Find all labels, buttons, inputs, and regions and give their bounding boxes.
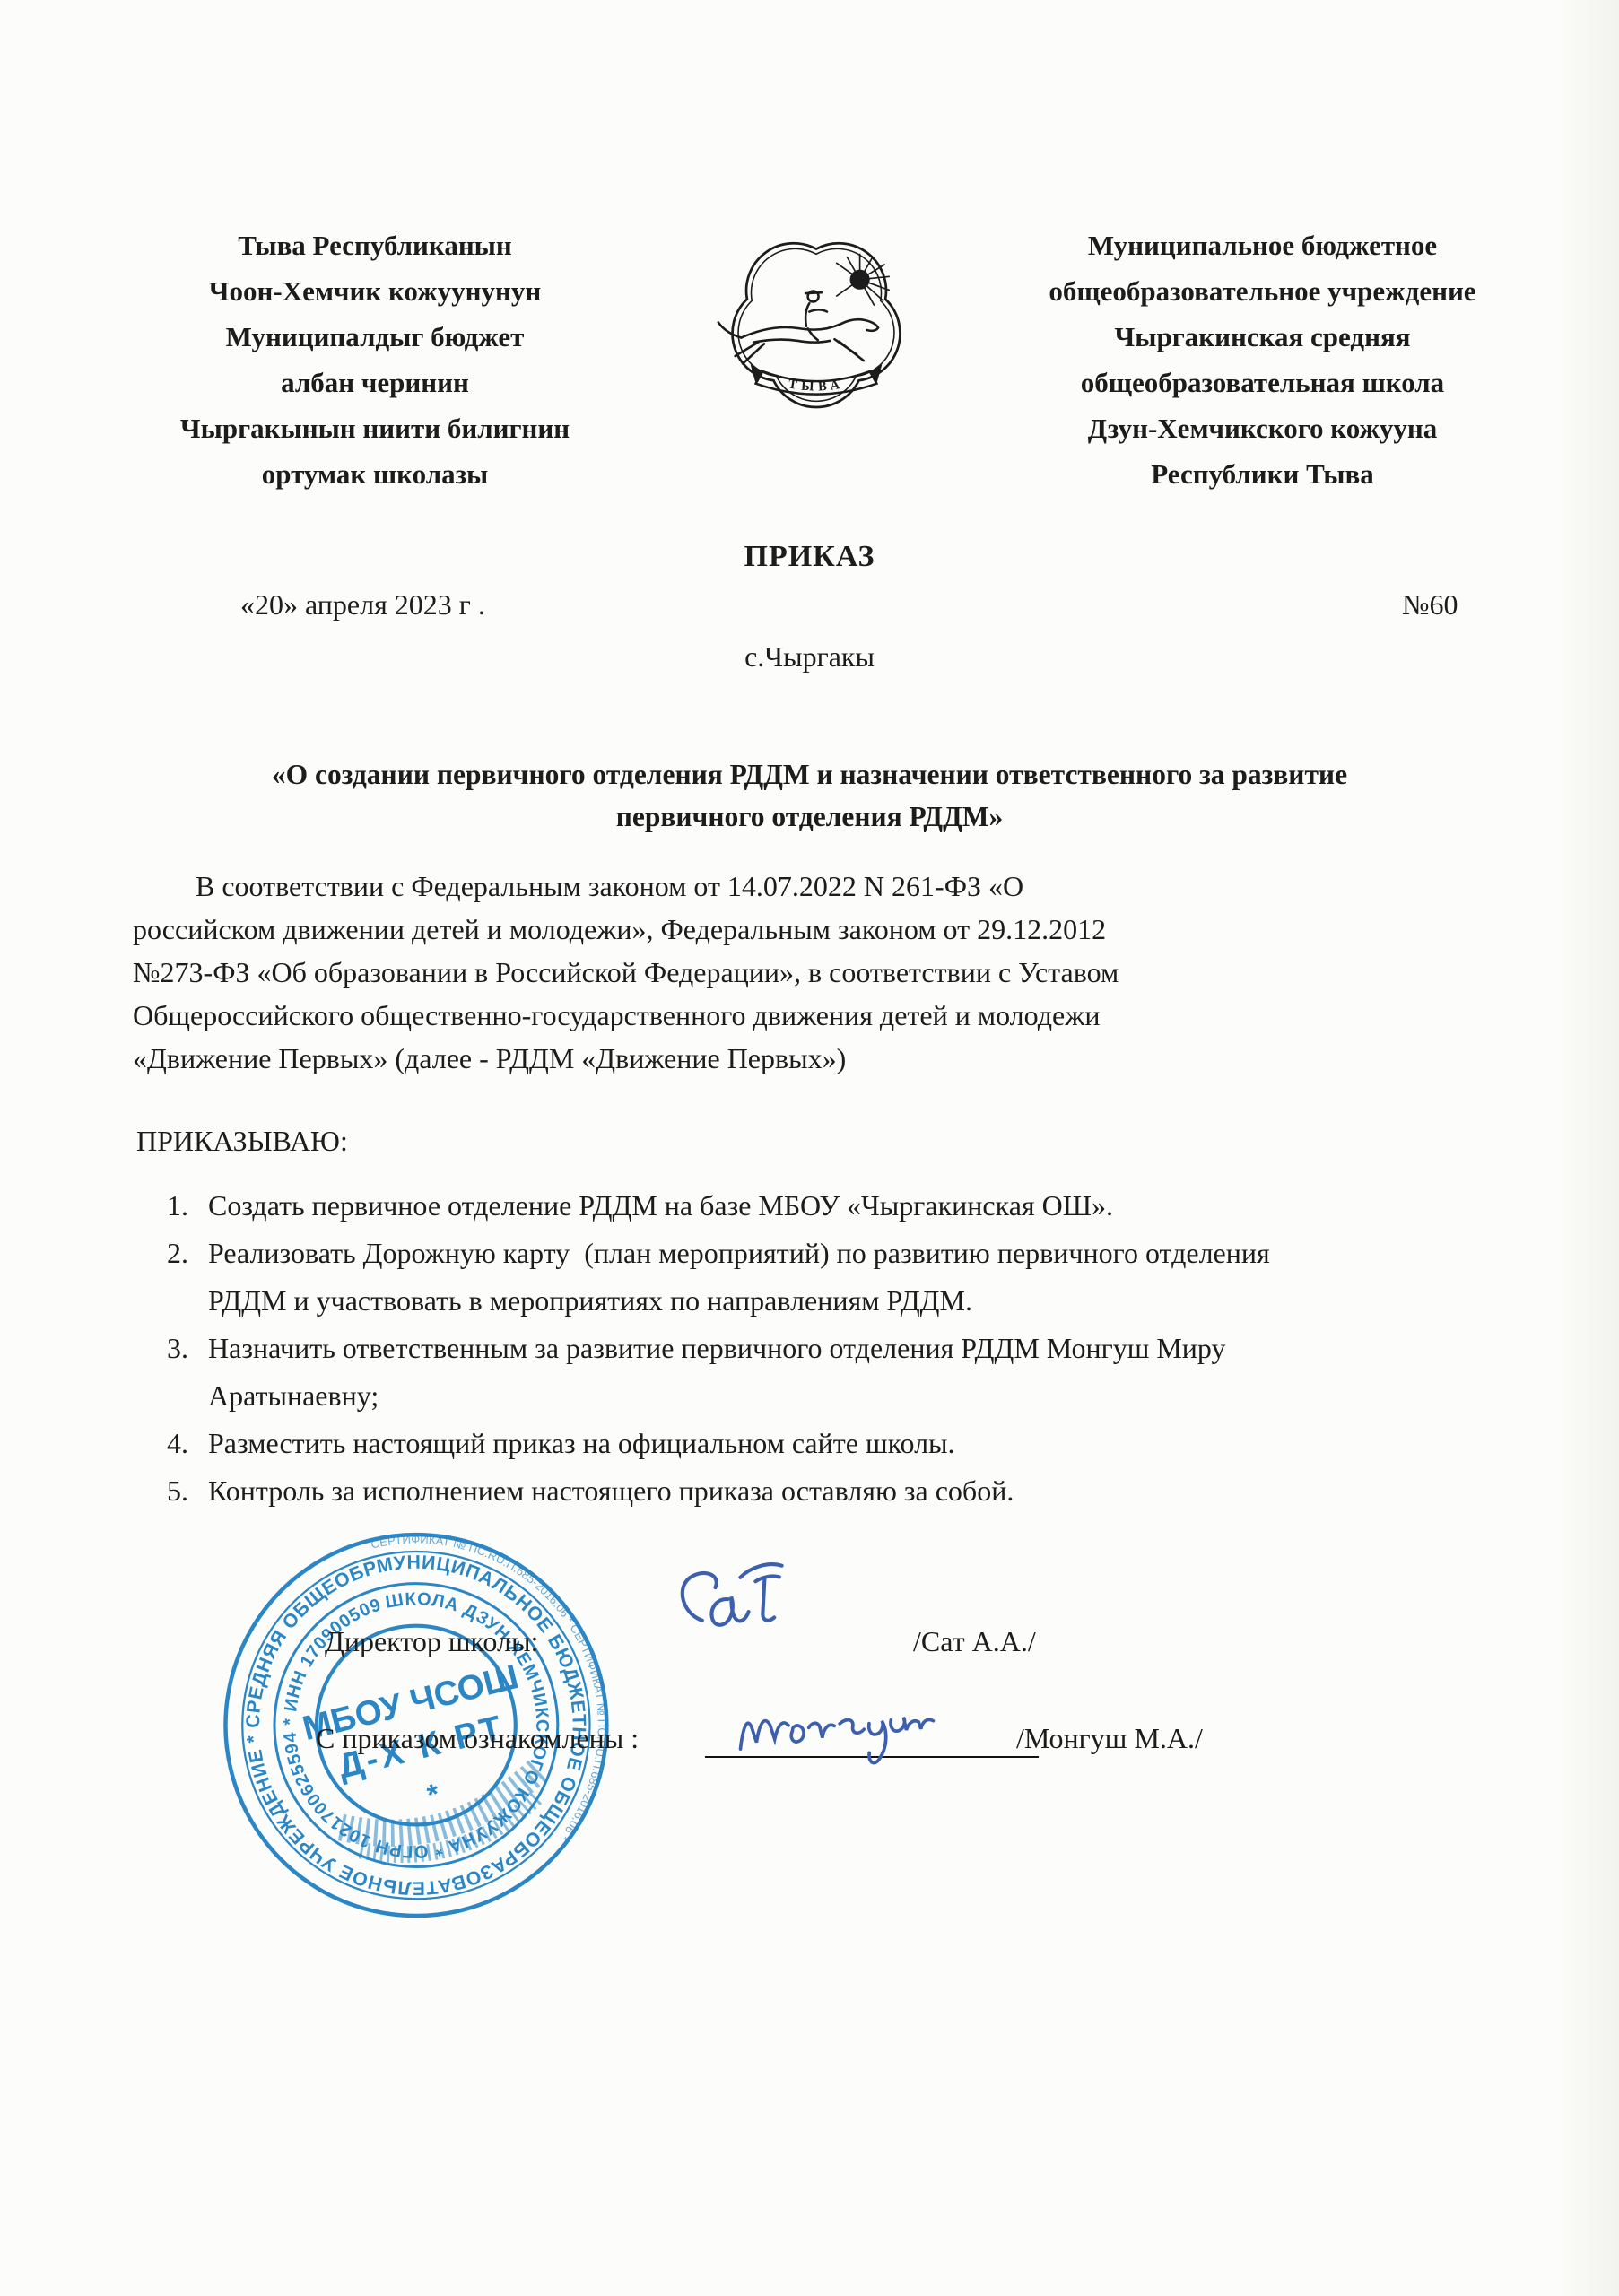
order-subject: «О создании первичного отделения РДДМ и … [0, 753, 1619, 838]
order-item: Разместить настоящий приказ на официальн… [196, 1420, 1469, 1467]
header-right-block: Муниципальное бюджетное общеобразователь… [964, 222, 1561, 497]
order-subject-line: «О создании первичного отделения РДДМ и … [0, 753, 1619, 796]
preamble-line: В соответствии с Федеральным законом от … [133, 865, 1568, 908]
order-item: Реализовать Дорожную карту (план меропри… [196, 1230, 1469, 1325]
preamble-line: российском движении детей и молодежи», Ф… [133, 908, 1568, 951]
header-right-line: Чыргакинская средняя [964, 314, 1561, 360]
director-name: /Сат А.А./ [913, 1625, 1036, 1658]
order-item: Контроль за исполнением настоящего прика… [196, 1467, 1469, 1515]
order-preamble: В соответствии с Федеральным законом от … [133, 865, 1568, 1080]
preamble-line: Общероссийского общественно-государствен… [133, 994, 1568, 1037]
header-right-line: Республики Тыва [964, 451, 1561, 497]
order-directive: ПРИКАЗЫВАЮ: [136, 1125, 348, 1158]
header-right-line: общеобразовательное учреждение [964, 268, 1561, 314]
svg-text:ТЫВА: ТЫВА [788, 377, 846, 394]
order-date: «20» апреля 2023 г . [240, 588, 485, 622]
order-number: №60 [1402, 588, 1458, 622]
header-left-line: албан черинин [160, 360, 590, 405]
scanned-order-document: Тыва Республиканын Чоон-Хемчик кожуунуну… [0, 0, 1619, 2296]
header-left-line: Тыва Республиканын [160, 222, 590, 268]
header-left-line: Чоон-Хемчик кожуунунун [160, 268, 590, 314]
header-left-line: Чыргакынын ниити билигнин [160, 405, 590, 451]
order-item: Создать первичное отделение РДДМ на базе… [196, 1182, 1469, 1230]
header-left-line: ортумак школазы [160, 451, 590, 497]
tyva-coat-of-arms: ТЫВА [701, 226, 931, 434]
order-place: с.Чыргакы [0, 640, 1619, 674]
stamp-center-star: * [424, 1777, 443, 1811]
preamble-line: «Движение Первых» (далее - РДДМ «Движени… [133, 1037, 1568, 1080]
header-right-line: общеобразовательная школа [964, 360, 1561, 405]
ack-label: С приказом ознакомлены : [316, 1722, 639, 1755]
order-item: Назначить ответственным за развитие перв… [196, 1325, 1469, 1420]
horseman-icon [718, 291, 878, 364]
preamble-line: №273-ФЗ «Об образовании в Российской Фед… [133, 951, 1568, 994]
ack-signature: Монгуш [728, 1674, 939, 1786]
order-heading: ПРИКАЗ [0, 540, 1619, 574]
director-signature: Сат [659, 1559, 816, 1671]
emblem-banner-label: ТЫВА [788, 377, 846, 394]
order-subject-line: первичного отделения РДДМ» [0, 796, 1619, 838]
ack-name: /Монгуш М.А./ [1016, 1722, 1203, 1755]
header-left-block: Тыва Республиканын Чоон-Хемчик кожуунуну… [160, 222, 590, 497]
header-left-line: Муниципалдыг бюджет [160, 314, 590, 360]
header-right-line: Муниципальное бюджетное [964, 222, 1561, 268]
header-right-line: Дзун-Хемчикского кожууна [964, 405, 1561, 451]
order-items: Создать первичное отделение РДДМ на базе… [144, 1182, 1469, 1515]
director-label: Директор школы: [325, 1625, 538, 1658]
